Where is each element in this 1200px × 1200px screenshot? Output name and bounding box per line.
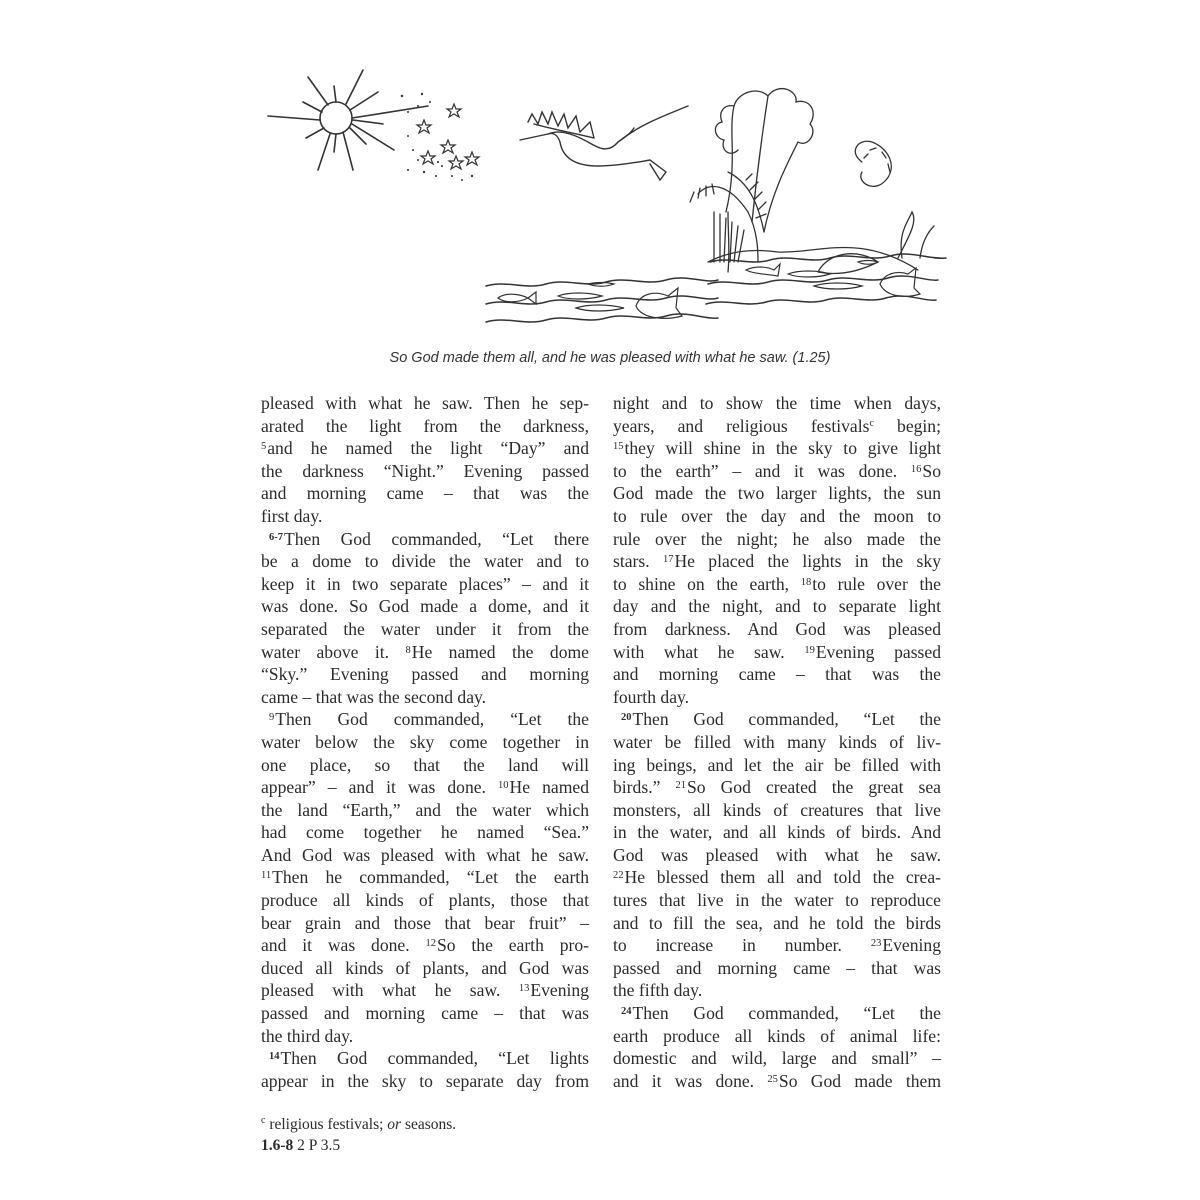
text-line: monsters, all kinds of creatures that li… — [613, 799, 941, 822]
verse-number: 17 — [663, 554, 674, 565]
text-line: in the water, and all kinds of birds. An… — [613, 821, 941, 844]
verse-number: 16 — [911, 464, 922, 475]
footnote-text: religious festivals; — [269, 1116, 383, 1133]
verse-number: 15 — [613, 441, 624, 452]
text-line: and it was done. 12So the earth pro- — [261, 934, 589, 957]
text-line: appear in the sky to separate day from — [261, 1070, 589, 1093]
sun-icon — [268, 70, 428, 170]
verse-number: 9 — [269, 712, 274, 723]
bible-page: So God made them all, and he was pleased… — [0, 0, 1200, 1200]
text-line: be a dome to divide the water and to — [261, 550, 589, 573]
text-line: day and the night, and to separate light — [613, 595, 941, 618]
text-line: to rule over the day and the moon to — [613, 505, 941, 528]
verse-number: 6-7 — [269, 532, 283, 543]
text-line: to shine on the earth, 18to rule over th… — [613, 573, 941, 596]
text-line: the land “Earth,” and the water which — [261, 799, 589, 822]
cross-reference-target: 2 P 3.5 — [297, 1137, 340, 1154]
verse-number: 24 — [621, 1006, 632, 1017]
footnote-marker: c — [869, 418, 873, 429]
text-line: 9Then God commanded, “Let the — [261, 708, 589, 731]
verse-number: 19 — [804, 645, 815, 656]
text-line: 20Then God commanded, “Let the — [613, 708, 941, 731]
verse-number: 8 — [406, 645, 411, 656]
text-line: water above it. 8He named the dome — [261, 641, 589, 664]
footnote-c: c religious festivals; or seasons. — [261, 1114, 456, 1135]
footnote-or: or — [387, 1116, 401, 1133]
text-line: the fifth day. — [613, 979, 941, 1002]
cross-reference: 1.6-8 2 P 3.5 — [261, 1135, 456, 1156]
text-line: years, and religious festivalsc begin; — [613, 415, 941, 438]
text-line: And God was pleased with what he saw. — [261, 844, 589, 867]
footnote-alternative: seasons. — [405, 1116, 456, 1133]
text-line: birds.” 21So God created the great sea — [613, 776, 941, 799]
verse-number: 23 — [871, 938, 882, 949]
creation-illustration — [258, 62, 948, 342]
fish-icon — [498, 261, 920, 319]
text-line: the darkness “Night.” Evening passed — [261, 460, 589, 483]
plants-icon — [690, 89, 934, 274]
waves-icon — [486, 254, 946, 322]
verse-number: 11 — [261, 870, 271, 881]
text-line: earth produce all kinds of animal life: — [613, 1025, 941, 1048]
text-line: 6-7Then God commanded, “Let there — [261, 528, 589, 551]
verse-number: 22 — [613, 870, 624, 881]
text-line: to increase in number. 23Evening — [613, 934, 941, 957]
text-line: first day. — [261, 505, 589, 528]
text-line: one place, so that the land will — [261, 754, 589, 777]
text-line: 22He blessed them all and told the crea- — [613, 866, 941, 889]
text-line: “Sky.” Evening passed and morning — [261, 663, 589, 686]
verse-number: 18 — [801, 577, 812, 588]
verse-number: 13 — [519, 983, 530, 994]
footnotes: c religious festivals; or seasons. 1.6-8… — [261, 1114, 456, 1156]
illustration-caption: So God made them all, and he was pleased… — [260, 350, 960, 366]
text-line: pleased with what he saw. Then he sep- — [261, 392, 589, 415]
text-line: came – that was the second day. — [261, 686, 589, 709]
verse-number: 21 — [675, 780, 686, 791]
text-line: with what he saw. 19Evening passed — [613, 641, 941, 664]
text-line: 5and he named the light “Day” and — [261, 437, 589, 460]
text-line: keep it in two separate places” – and it — [261, 573, 589, 596]
text-line: tures that live in the water to reproduc… — [613, 889, 941, 912]
stars-icon — [401, 93, 479, 181]
text-line: 11Then he commanded, “Let the earth — [261, 866, 589, 889]
text-line: water below the sky come together in — [261, 731, 589, 754]
verse-number: 5 — [261, 441, 266, 452]
bird-icon — [520, 106, 688, 180]
text-line: and to fill the sea, and he told the bir… — [613, 912, 941, 935]
verse-number: 12 — [425, 938, 436, 949]
text-line: passed and morning came – that was — [261, 1002, 589, 1025]
text-line: pleased with what he saw. 13Evening — [261, 979, 589, 1002]
text-line: domestic and wild, large and small” – — [613, 1047, 941, 1070]
text-line: and morning came – that was the — [261, 482, 589, 505]
right-text-column: night and to show the time when days,yea… — [613, 392, 941, 1092]
text-line: rule over the night; he also made the — [613, 528, 941, 551]
verse-number: 10 — [498, 780, 509, 791]
text-line: the third day. — [261, 1025, 589, 1048]
text-line: to the earth” – and it was done. 16So — [613, 460, 941, 483]
text-line: God made the two larger lights, the sun — [613, 482, 941, 505]
text-line: arated the light from the darkness, — [261, 415, 589, 438]
text-line: passed and morning came – that was — [613, 957, 941, 980]
verse-number: 20 — [621, 712, 632, 723]
text-line: 24Then God commanded, “Let the — [613, 1002, 941, 1025]
footnote-marker: c — [261, 1115, 265, 1126]
verse-number: 14 — [269, 1051, 280, 1062]
left-text-column: pleased with what he saw. Then he sep-ar… — [261, 392, 589, 1092]
text-line: ing beings, and let the air be filled wi… — [613, 754, 941, 777]
text-line: separated the water under it from the — [261, 618, 589, 641]
text-line: from darkness. And God was pleased — [613, 618, 941, 641]
text-line: was done. So God made a dome, and it — [261, 595, 589, 618]
text-line: 14Then God commanded, “Let lights — [261, 1047, 589, 1070]
text-line: and it was done. 25So God made them — [613, 1070, 941, 1093]
text-line: duced all kinds of plants, and God was — [261, 957, 589, 980]
verse-number: 25 — [767, 1074, 778, 1085]
text-line: night and to show the time when days, — [613, 392, 941, 415]
text-line: produce all kinds of plants, those that — [261, 889, 589, 912]
text-line: appear” – and it was done. 10He named — [261, 776, 589, 799]
text-line: bear grain and those that bear fruit” – — [261, 912, 589, 935]
cross-reference-verse: 1.6-8 — [261, 1137, 293, 1154]
text-line: and morning came – that was the — [613, 663, 941, 686]
text-line: stars. 17He placed the lights in the sky — [613, 550, 941, 573]
text-line: water be filled with many kinds of liv- — [613, 731, 941, 754]
text-line: fourth day. — [613, 686, 941, 709]
text-line: had come together he named “Sea.” — [261, 821, 589, 844]
text-line: God was pleased with what he saw. — [613, 844, 941, 867]
text-line: 15they will shine in the sky to give lig… — [613, 437, 941, 460]
